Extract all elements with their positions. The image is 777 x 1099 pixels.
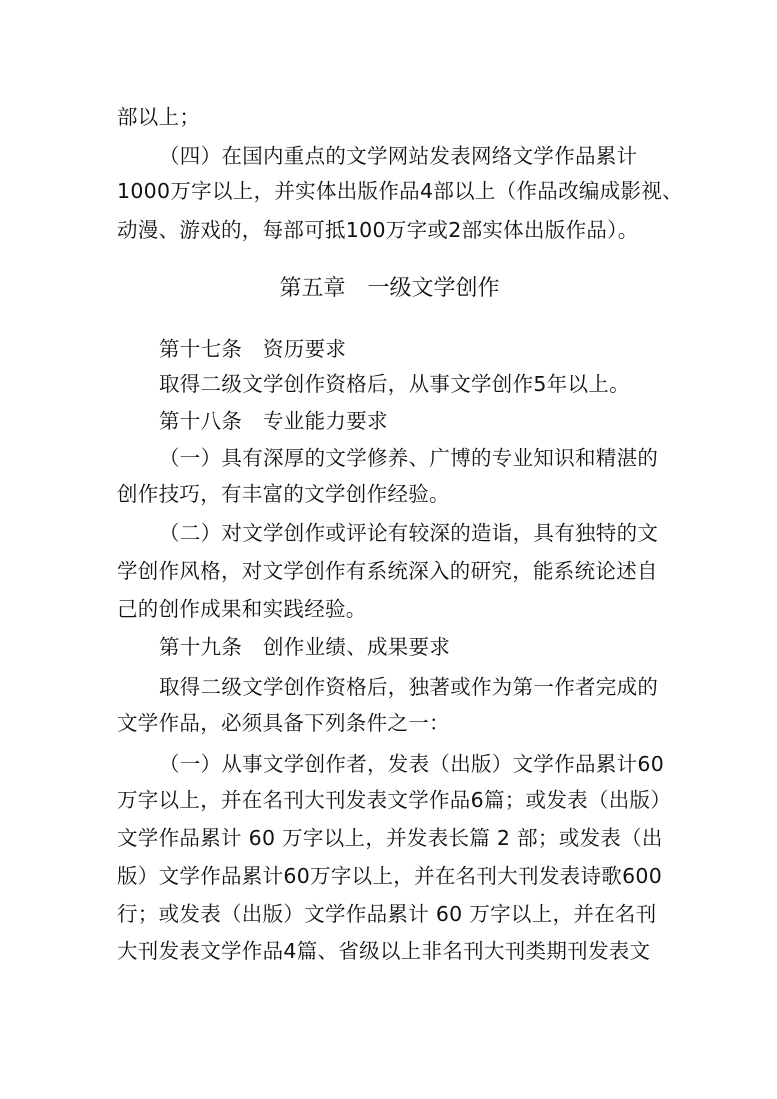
text-line: 动漫、游戏的，每部可抵100万字或2部实体出版作品）。 <box>117 217 639 243</box>
text-line: （二）对文学创作或评论有较深的造诣，具有独特的文 <box>159 520 658 546</box>
text-line: （一）具有深厚的文学修养、广博的专业知识和精湛的 <box>159 445 658 471</box>
text-line: 创作技巧，有丰富的文学创作经验。 <box>117 481 450 507</box>
text-line: 大刊发表文学作品4篇、省级以上非名刊大刊类期刊发表文 <box>117 938 650 964</box>
text-line: 万字以上，并在名刊大刊发表文学作品6篇；或发表（出版） <box>117 787 671 813</box>
text-line: 文学作品累计 60 万字以上，并发表长篇 2 部；或发表（出 <box>117 825 663 851</box>
article-heading: 第十八条 专业能力要求 <box>159 408 388 434</box>
text-line: 部以上； <box>117 104 200 130</box>
article-heading: 第十九条 创作业绩、成果要求 <box>159 634 450 660</box>
text-line: 己的创作成果和实践经验。 <box>117 596 367 622</box>
text-line: （四）在国内重点的文学网站发表网络文学作品累计 <box>159 143 637 169</box>
article-heading: 第十七条 资历要求 <box>159 336 346 362</box>
chapter-heading: 第五章 一级文学创作 <box>117 275 662 303</box>
text-line: 版）文学作品累计60万字以上，并在名刊大刊发表诗歌600 <box>117 863 662 889</box>
text-line: （一）从事文学创作者，发表（出版）文学作品累计60 <box>159 751 664 777</box>
text-line: 取得二级文学创作资格后，独著或作为第一作者完成的 <box>159 674 658 700</box>
text-line: 取得二级文学创作资格后，从事文学创作5年以上。 <box>159 371 630 397</box>
text-line: 1000万字以上，并实体出版作品4部以上（作品改编成影视、 <box>117 178 683 204</box>
text-line: 行；或发表（出版）文学作品累计 60 万字以上，并在名刊 <box>117 901 657 927</box>
text-line: 学创作风格，对文学创作有系统深入的研究，能系统论述自 <box>117 558 658 584</box>
text-line: 文学作品，必须具备下列条件之一： <box>117 710 450 736</box>
